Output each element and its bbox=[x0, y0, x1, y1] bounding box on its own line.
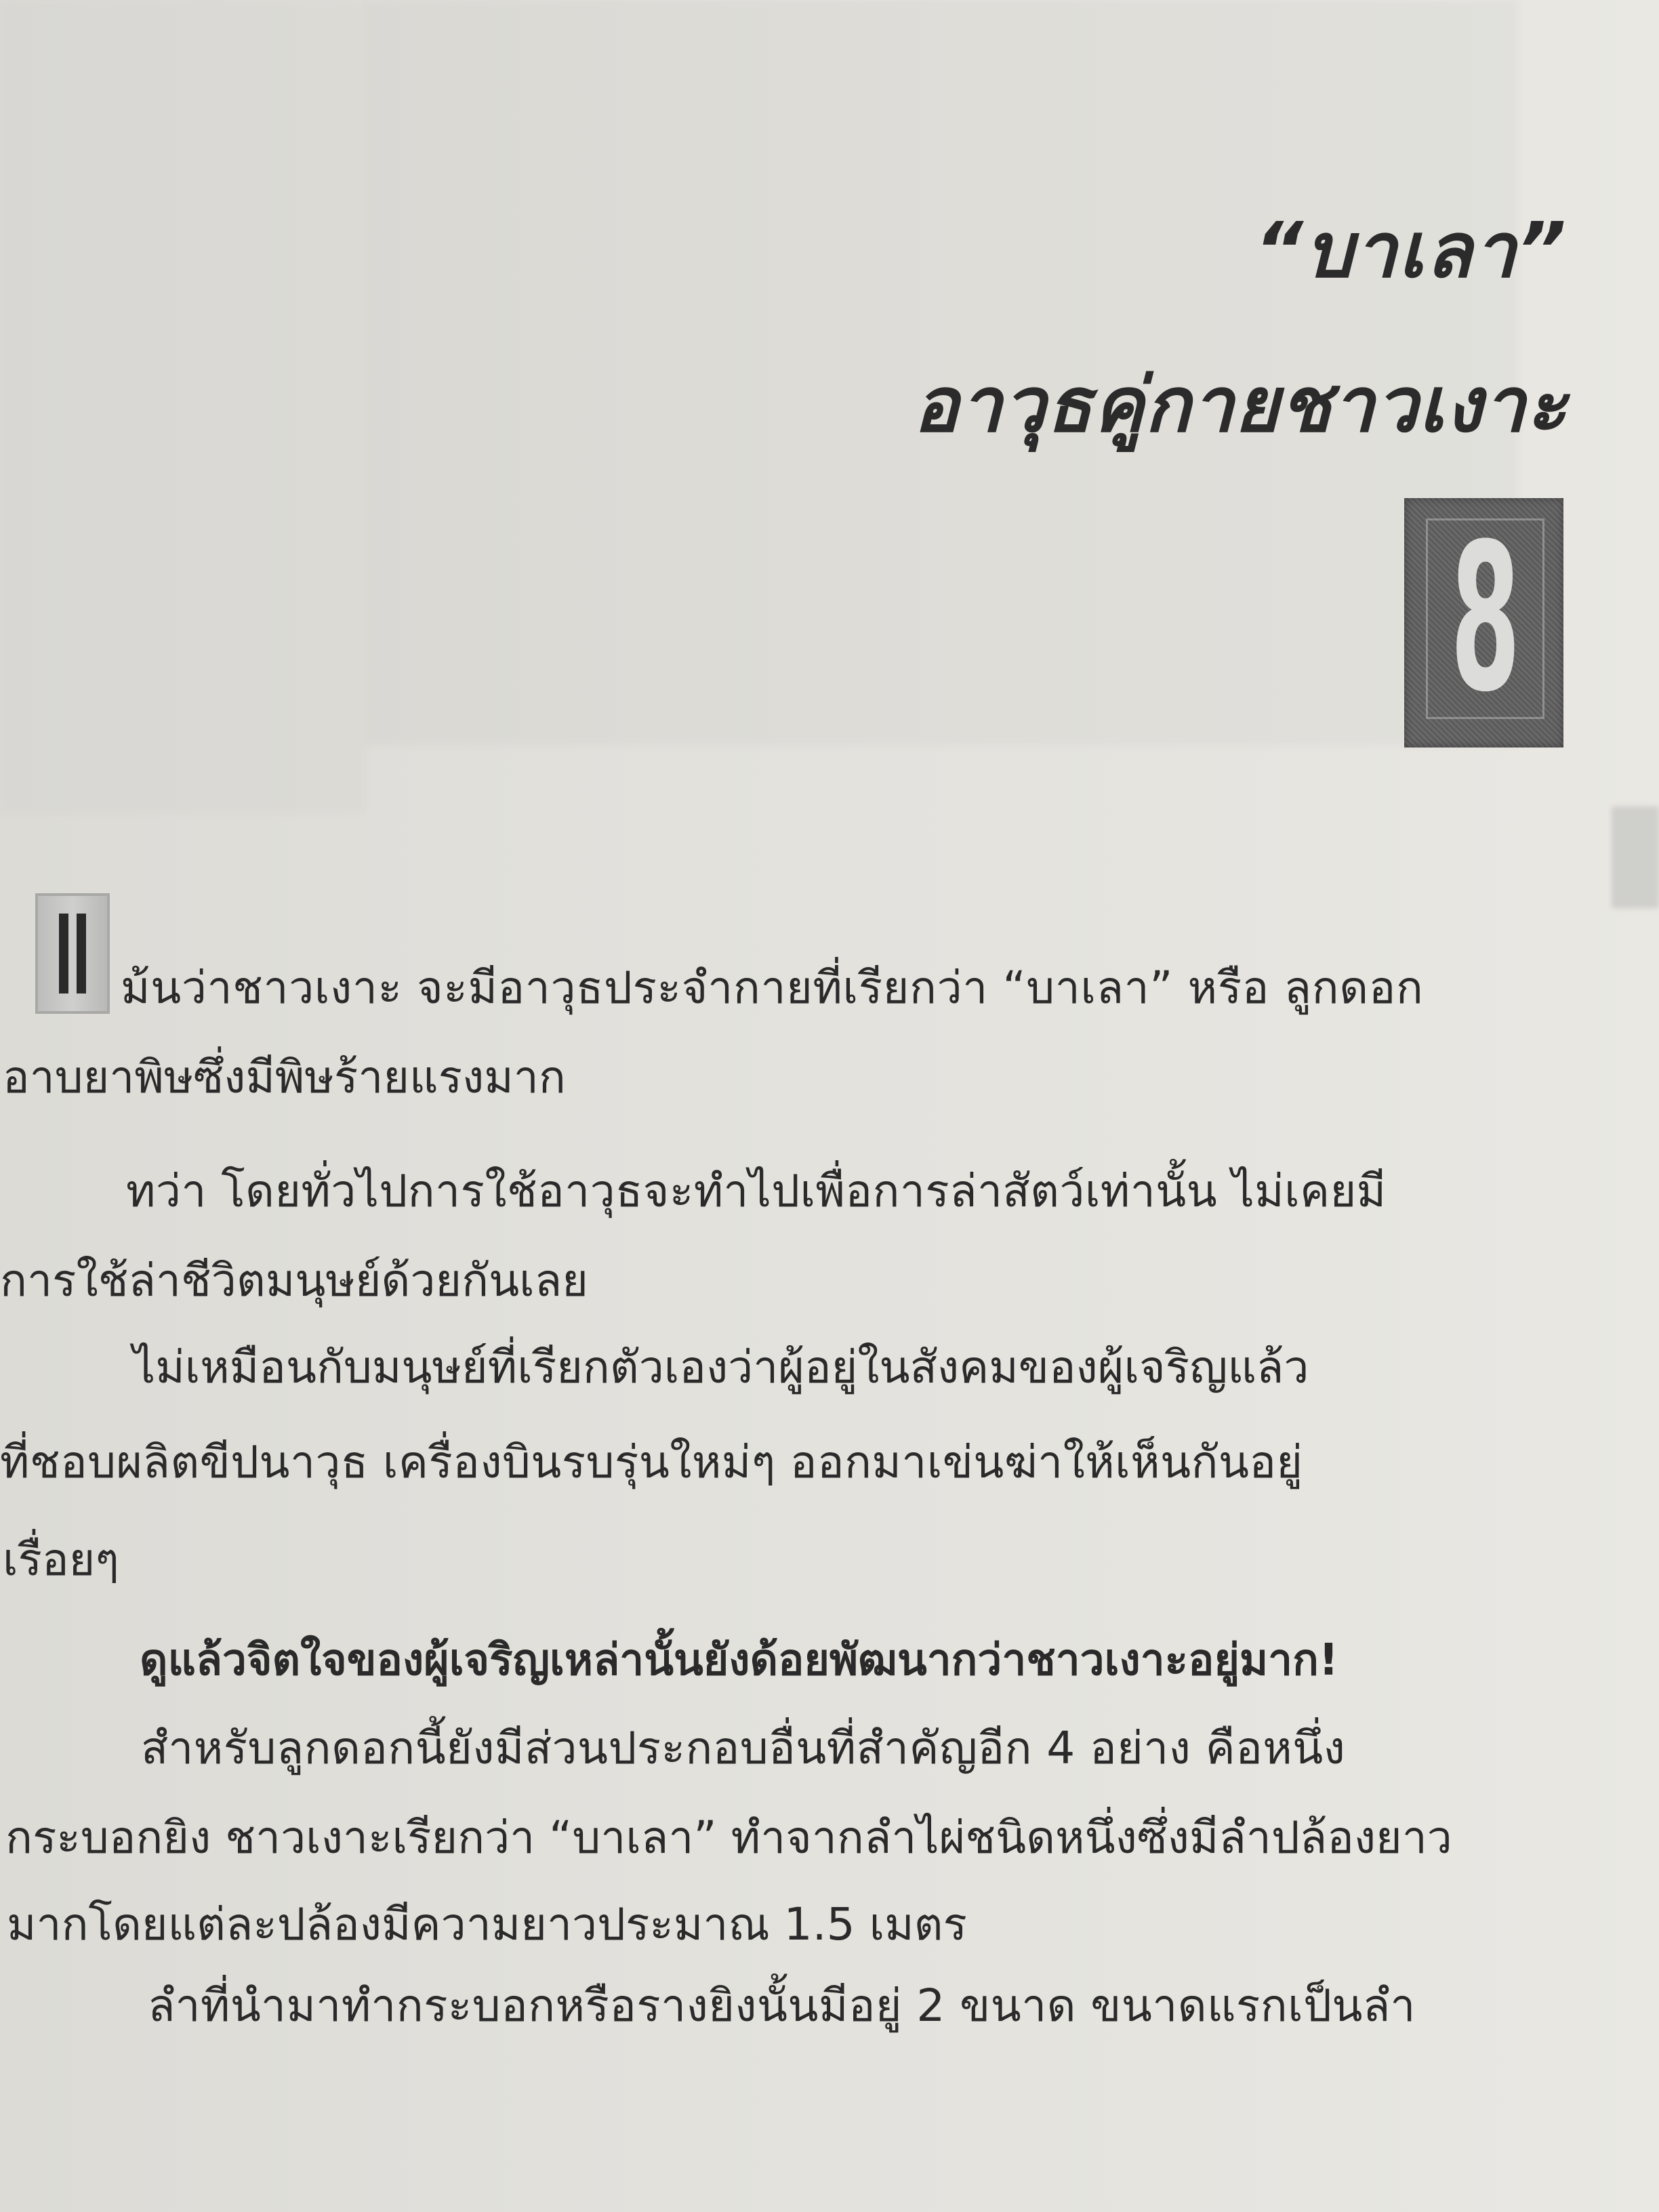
text-line: การใช้ล่าชีวิตมนุษย์ด้วยกันเลย bbox=[0, 1254, 588, 1308]
text-line: เรื่อยๆ bbox=[3, 1533, 119, 1587]
chapter-number-frame: 8 bbox=[1426, 518, 1544, 719]
chapter-title: “บาเลา” อาวุธคู่กายชาวเงาะ bbox=[914, 203, 1568, 453]
text-line-bold: ดูแล้วจิตใจของผู้เจริญเหล่านั้นยังด้อยพั… bbox=[140, 1633, 1338, 1687]
text-line: ทว่า โดยทั่วไปการใช้อาวุธจะทำไปเพื่อการล… bbox=[126, 1164, 1387, 1218]
drop-cap bbox=[35, 893, 110, 1014]
show-through-text bbox=[0, 0, 366, 813]
text-line: ม้นว่าชาวเงาะ จะมีอาวุธประจำกายที่เรียกว… bbox=[121, 961, 1424, 1015]
chapter-title-line1: “บาเลา” bbox=[914, 203, 1568, 298]
drop-cap-bar-icon bbox=[77, 914, 86, 994]
text-line: กระบอกยิง ชาวเงาะเรียกว่า “บาเลา” ทำจากล… bbox=[5, 1811, 1452, 1865]
text-line: สำหรับลูกดอกนี้ยังมีส่วนประกอบอื่นที่สำค… bbox=[141, 1721, 1345, 1776]
chapter-number-badge: 8 bbox=[1404, 498, 1563, 747]
chapter-title-line2: อาวุธคู่กายชาวเงาะ bbox=[914, 358, 1568, 453]
drop-cap-bar-icon bbox=[59, 914, 68, 994]
side-tab-shadow bbox=[1612, 806, 1659, 908]
book-page: “บาเลา” อาวุธคู่กายชาวเงาะ 8 ม้นว่าชาวเง… bbox=[0, 0, 1659, 2212]
text-line: อาบยาพิษซึ่งมีพิษร้ายแรงมาก bbox=[3, 1050, 566, 1105]
text-line: มากโดยแต่ละปล้องมีความยาวประมาณ 1.5 เมตร bbox=[7, 1898, 967, 1952]
text-line: ลำที่นำมาทำกระบอกหรือรางยิงนั้นมีอยู่ 2 … bbox=[148, 1979, 1416, 2033]
chapter-number: 8 bbox=[1450, 517, 1520, 720]
text-line: ไม่เหมือนกับมนุษย์ที่เรียกตัวเองว่าผู้อย… bbox=[133, 1340, 1309, 1395]
text-line: ที่ชอบผลิตขีปนาวุธ เครื่องบินรบรุ่นใหม่ๆ… bbox=[0, 1435, 1303, 1490]
